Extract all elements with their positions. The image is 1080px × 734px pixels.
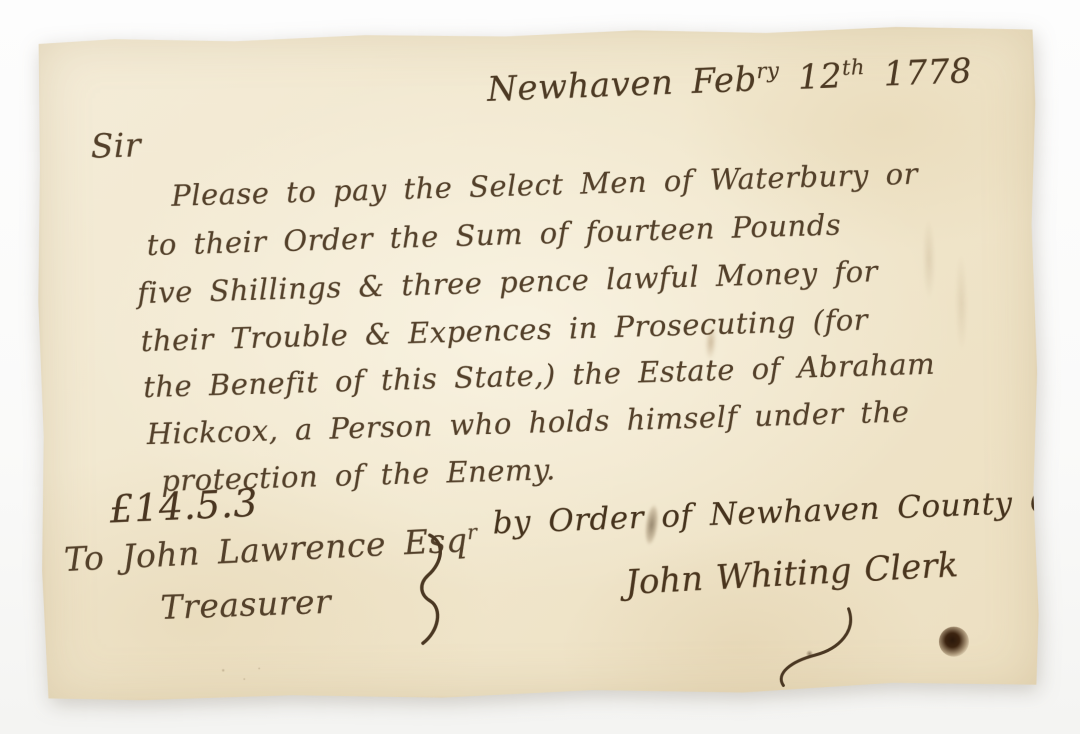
body-line: Hickcox, a Person who holds himself unde…	[146, 394, 910, 451]
salutation: Sir	[90, 125, 142, 165]
ink-speck	[806, 650, 813, 657]
dateline-year: 1778	[883, 51, 973, 94]
dateline: Newhaven Febry 12th 1778	[486, 50, 972, 110]
dateline-place-month: Newhaven Feb	[486, 60, 757, 110]
dateline-superscript-th: th	[841, 54, 865, 80]
signature: John Whiting Clerk	[624, 545, 959, 603]
addressee-title: Treasurer	[160, 582, 332, 627]
order-authorization-line: by Order of Newhaven County Court	[492, 481, 1080, 541]
document-paper-wrapper: Newhaven Febry 12th 1778 Sir Please to p…	[35, 23, 1044, 705]
body-line: their Trouble & Expences in Prosecuting …	[140, 303, 868, 359]
ink-blot	[939, 627, 969, 657]
document-paper: Newhaven Febry 12th 1778 Sir Please to p…	[35, 23, 1044, 705]
dateline-superscript-ry: ry	[756, 57, 780, 83]
body-line: to their Order the Sum of fourteen Pound…	[146, 207, 841, 262]
body-line: Please to pay the Select Men of Waterbur…	[171, 157, 919, 213]
body-line: the Benefit of this State,) the Estate o…	[143, 347, 936, 404]
signature-flourish	[731, 605, 862, 691]
addressee-superscript-r: r	[467, 520, 478, 544]
ink-smudge	[702, 319, 719, 366]
show-through-marks	[904, 213, 986, 364]
amount-total: £14.5.3	[109, 481, 259, 532]
dateline-day: 12	[797, 56, 843, 98]
paper-speckles	[211, 661, 271, 692]
body-line: five Shillings & three pence lawful Mone…	[137, 254, 879, 310]
